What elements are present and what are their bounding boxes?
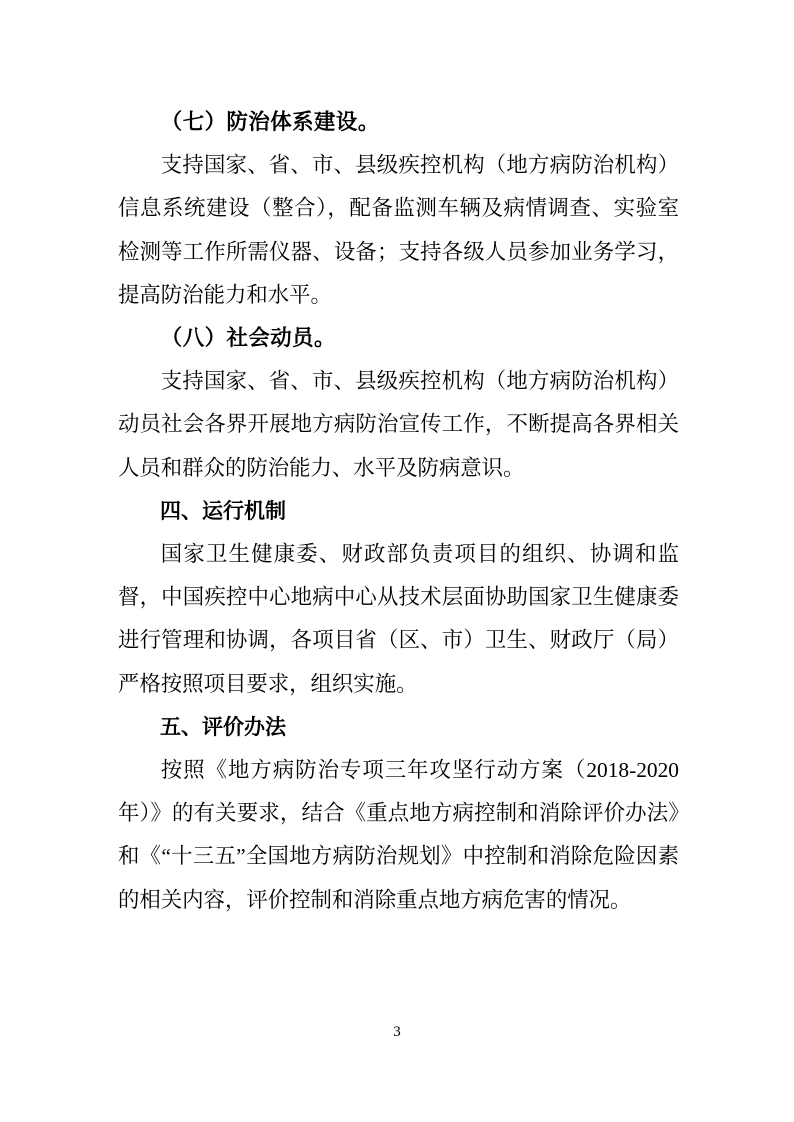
body-paragraph: 国家卫生健康委、财政部负责项目的组织、协调和监督，中国疾控中心地病中心从技术层面… <box>118 533 679 706</box>
page-number: 3 <box>0 1023 794 1041</box>
section-heading-7-prevention-system: （七）防治体系建设。 <box>118 101 679 144</box>
body-paragraph: 支持国家、省、市、县级疾控机构（地方病防治机构）信息系统建设（整合），配备监测车… <box>118 144 679 317</box>
body-paragraph: 按照《地方病防治专项三年攻坚行动方案（2018-2020年）》的有关要求，结合《… <box>118 749 679 922</box>
section-heading-8-social-mobilization: （八）社会动员。 <box>118 317 679 360</box>
document-page: （七）防治体系建设。 支持国家、省、市、县级疾控机构（地方病防治机构）信息系统建… <box>0 0 794 1122</box>
section-heading-4-operating-mechanism: 四、运行机制 <box>118 490 679 533</box>
body-paragraph: 支持国家、省、市、县级疾控机构（地方病防治机构）动员社会各界开展地方病防治宣传工… <box>118 360 679 490</box>
section-heading-5-evaluation-method: 五、评价办法 <box>118 706 679 749</box>
document-body: （七）防治体系建设。 支持国家、省、市、县级疾控机构（地方病防治机构）信息系统建… <box>118 101 679 922</box>
